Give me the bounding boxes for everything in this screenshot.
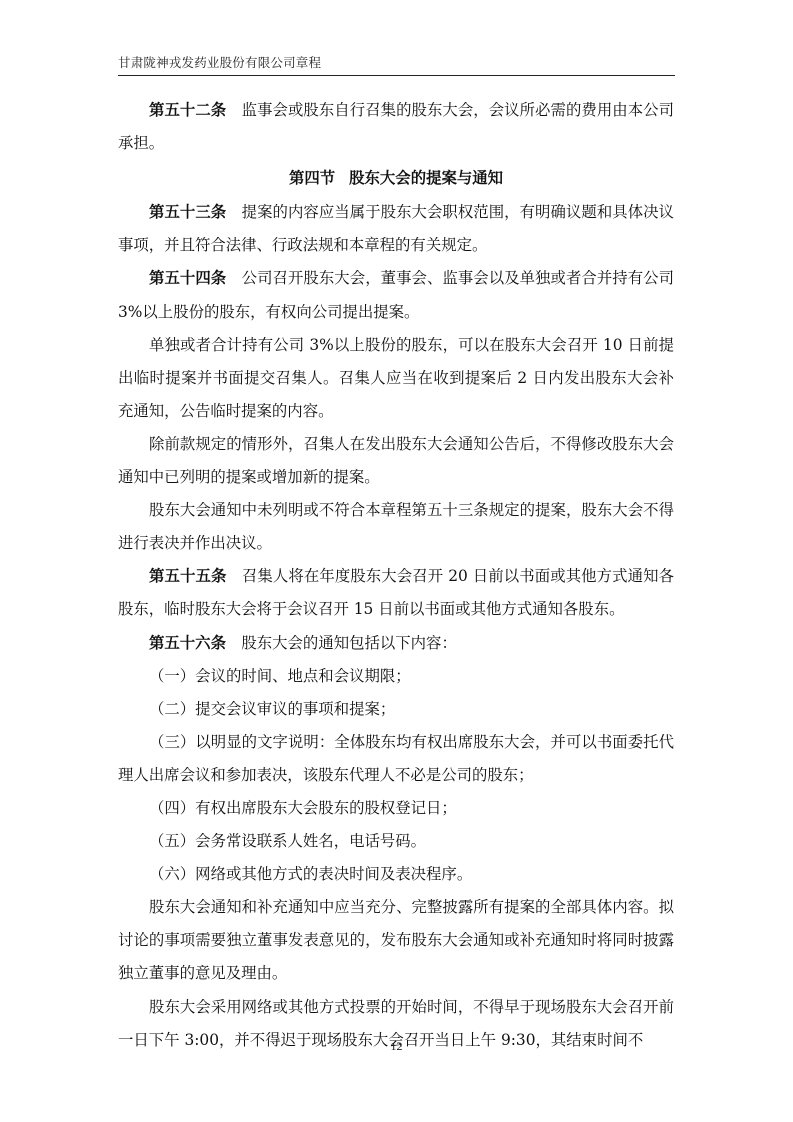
list-item: （六）网络或其他方式的表决时间及表决程序。 [118,858,674,891]
article-52: 第五十二条 监事会或股东自行召集的股东大会，会议所必需的费用由本公司承担。 [118,94,674,160]
list-item: （五）会务常设联系人姓名，电话号码。 [118,825,674,858]
paragraph: 股东大会通知中未列明或不符合本章程第五十三条规定的提案，股东大会不得进行表决并作… [118,494,674,560]
article-number: 第五十三条 [149,203,226,221]
article-number: 第五十四条 [149,269,226,287]
article-number: 第五十五条 [149,567,226,585]
list-item: （一）会议的时间、地点和会议期限； [118,660,674,693]
article-56: 第五十六条 股东大会的通知包括以下内容： [118,627,674,660]
article-54: 第五十四条 公司召开股东大会，董事会、监事会以及单独或者合并持有公司 3%以上股… [118,262,674,328]
article-number: 第五十六条 [149,634,226,652]
paragraph: 单独或者合计持有公司 3%以上股份的股东，可以在股东大会召开 10 日前提出临时… [118,329,674,428]
header-title: 甘肃陇神戎发药业股份有限公司章程 [118,55,321,70]
section-title: 股东大会的提案与通知 [349,169,503,187]
list-item: （三）以明显的文字说明：全体股东均有权出席股东大会，并可以书面委托代理人出席会议… [118,726,674,792]
page-number: 12 [0,1039,793,1054]
article-number: 第五十二条 [149,101,226,119]
section-number: 第四节 [289,169,335,187]
paragraph: 股东大会通知和补充通知中应当充分、完整披露所有提案的全部具体内容。拟讨论的事项需… [118,891,674,990]
document-body: 第五十二条 监事会或股东自行召集的股东大会，会议所必需的费用由本公司承担。 第四… [118,94,674,1057]
section-heading: 第四节股东大会的提案与通知 [118,162,674,195]
paragraph: 除前款规定的情形外，召集人在发出股东大会通知公告后，不得修改股东大会通知中已列明… [118,428,674,494]
article-55: 第五十五条 召集人将在年度股东大会召开 20 日前以书面或其他方式通知各股东，临… [118,560,674,626]
article-53: 第五十三条 提案的内容应当属于股东大会职权范围，有明确议题和具体决议事项，并且符… [118,196,674,262]
list-item: （二）提交会议审议的事项和提案； [118,693,674,726]
article-text: 股东大会的通知包括以下内容： [241,634,456,652]
running-header: 甘肃陇神戎发药业股份有限公司章程 [118,53,675,76]
list-item: （四）有权出席股东大会股东的股权登记日； [118,792,674,825]
